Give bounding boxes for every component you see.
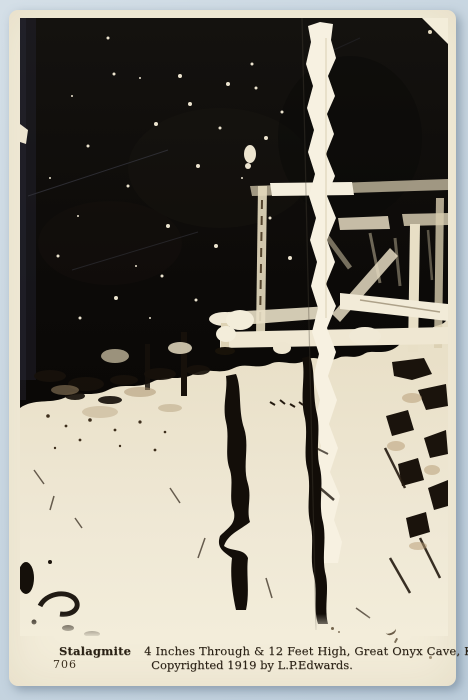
stain-mark bbox=[331, 627, 334, 630]
caption: Stalagmite4 Inches Through & 12 Feet Hig… bbox=[59, 645, 451, 658]
stain-mark bbox=[338, 631, 340, 633]
caption-copyright: Copyrighted 1919 by L.P.Edwards. bbox=[52, 659, 452, 672]
stain-mark bbox=[394, 638, 398, 643]
postcard: Stalagmite4 Inches Through & 12 Feet Hig… bbox=[9, 10, 456, 686]
caption-description: 4 Inches Through & 12 Feet High, Great O… bbox=[144, 644, 468, 658]
caption-subject: Stalagmite bbox=[59, 644, 131, 658]
scan-background: Stalagmite4 Inches Through & 12 Feet Hig… bbox=[0, 0, 468, 700]
stain-mark bbox=[429, 656, 432, 659]
cave-stalagmite-photo bbox=[20, 18, 448, 636]
